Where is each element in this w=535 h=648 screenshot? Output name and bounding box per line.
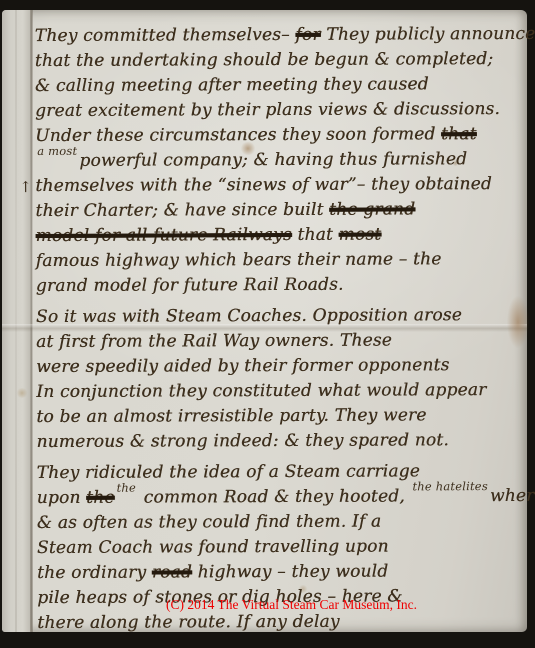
manuscript-line: ↑themselves with the “sinews of war”– th… — [35, 172, 521, 199]
text-segment: They publicly announced — [321, 24, 535, 45]
inserted-text-above-line: the hatelites — [412, 474, 488, 499]
inserted-text-above-line: a most — [37, 139, 77, 164]
struck-through-text: the grand — [329, 199, 415, 219]
struck-through-text: for — [295, 25, 320, 45]
text-segment: great excitement by their plans views & … — [35, 99, 500, 121]
manuscript-page: They committed themselves– for They publ… — [2, 10, 527, 632]
struck-through-text: road — [152, 562, 192, 582]
page-binding-edge — [2, 10, 32, 632]
manuscript-line: famous highway which bears their name – … — [36, 247, 522, 274]
manuscript-line: & as often as they could find them. If a — [37, 509, 523, 536]
text-segment: common Road & they hooted, — [138, 486, 411, 507]
manuscript-line: & calling meeting after meeting they cau… — [35, 72, 521, 99]
text-segment: themselves with the “sinews of war”– the… — [35, 174, 492, 196]
manuscript-line: numerous & strong indeed: & they spared … — [36, 428, 522, 455]
text-segment: that — [292, 225, 339, 245]
text-segment: Steam Coach was found travelling upon — [37, 537, 389, 559]
insertion-caret-mark: ↑ — [19, 175, 32, 200]
text-segment: grand model for future Rail Roads. — [36, 275, 344, 296]
inserted-text-above-line: the — [117, 476, 137, 501]
text-segment: They committed themselves– — [35, 25, 296, 46]
manuscript-line: there along the route. If any delay — [37, 609, 523, 636]
text-segment: to be an almost irresistible party. They… — [36, 405, 426, 427]
text-segment: numerous & strong indeed: & they spared … — [36, 430, 449, 452]
manuscript-line: the ordinary road highway – they would — [37, 559, 523, 586]
manuscript-line: Under these circumstances they soon form… — [35, 122, 521, 149]
manuscript-line: model for all future Railways that most — [36, 222, 522, 249]
manuscript-line: Steam Coach was found travelling upon — [37, 534, 523, 561]
vertical-crease — [30, 10, 33, 632]
text-segment: They ridiculed the idea of a Steam carri… — [37, 461, 420, 483]
text-segment: upon — [37, 488, 87, 508]
text-segment: there along the route. If any delay — [37, 612, 339, 633]
manuscript-line: great excitement by their plans views & … — [35, 97, 521, 124]
text-segment: the ordinary — [37, 563, 152, 584]
manuscript-line: that the undertaking should be begun & c… — [35, 47, 521, 74]
text-segment: So it was with Steam Coaches. Opposition… — [36, 305, 462, 327]
text-segment: famous highway which bears their name – … — [36, 249, 442, 271]
text-segment: Under these circumstances they soon form… — [35, 124, 441, 146]
manuscript-line: their Charter; & have since built the gr… — [35, 197, 521, 224]
manuscript-line: at first from the Rail Way owners. These — [36, 328, 522, 355]
text-segment: & as often as they could find them. If a — [37, 512, 381, 534]
scanner-background: They committed themselves– for They publ… — [0, 0, 535, 648]
manuscript-line: were speedily aided by their former oppo… — [36, 353, 522, 380]
text-segment: In conjunction they constituted what wou… — [36, 380, 486, 402]
manuscript-line: grand model for future Rail Roads. — [36, 272, 522, 299]
text-segment: at first from the Rail Way owners. These — [36, 331, 392, 353]
text-segment: powerful company; & having thus furnishe… — [79, 149, 467, 171]
manuscript-line: So it was with Steam Coaches. Opposition… — [36, 303, 522, 330]
text-segment: their Charter; & have since built — [35, 200, 329, 221]
text-segment: were speedily aided by their former oppo… — [36, 355, 449, 377]
manuscript-line: a mostpowerful company; & having thus fu… — [35, 147, 521, 174]
text-segment: wherever — [490, 486, 535, 506]
struck-through-text: model for all future Railways — [36, 225, 292, 246]
text-segment: that the undertaking should be begun & c… — [35, 49, 494, 71]
manuscript-line: upon thethe common Road & they hooted, t… — [37, 484, 523, 511]
struck-through-text: the — [86, 488, 115, 508]
manuscript-line: to be an almost irresistible party. They… — [36, 403, 522, 430]
vertical-crease — [15, 10, 17, 632]
struck-through-text: most — [339, 225, 382, 245]
text-segment: & calling meeting after meeting they cau… — [35, 74, 429, 96]
text-segment: highway – they would — [192, 562, 388, 583]
struck-through-text: that — [441, 124, 477, 144]
manuscript-lines: They committed themselves– for They publ… — [35, 22, 524, 636]
copyright-watermark: (C) 2014 The Virtual Steam Car Museum, I… — [166, 597, 417, 613]
manuscript-line: In conjunction they constituted what wou… — [36, 378, 522, 405]
manuscript-line: They committed themselves– for They publ… — [35, 22, 521, 49]
